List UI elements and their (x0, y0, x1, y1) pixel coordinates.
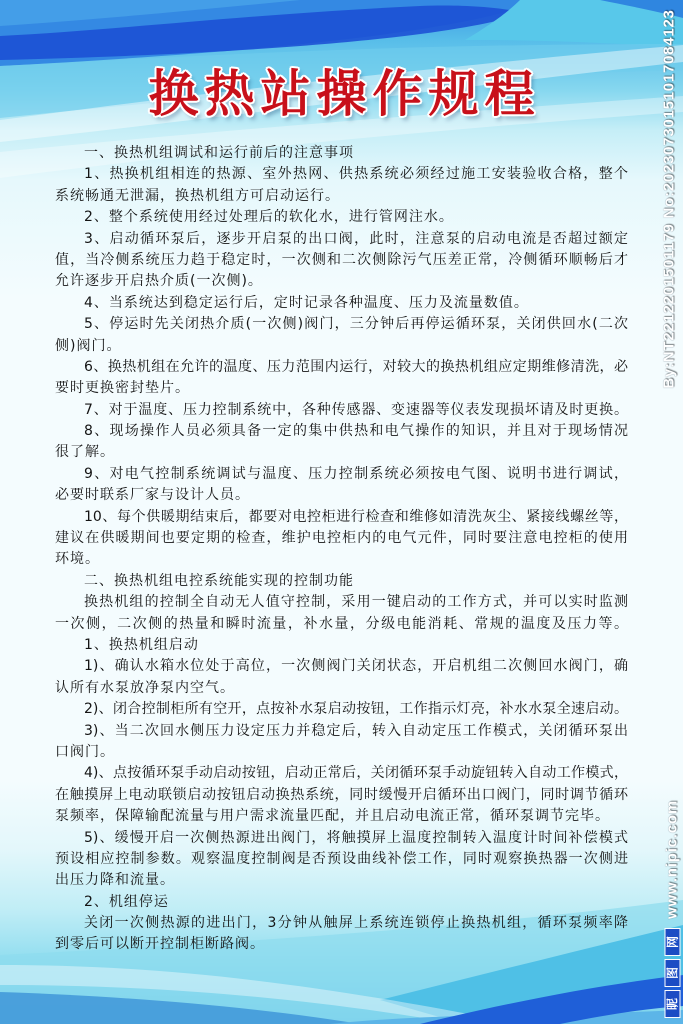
text-line: 4)、点按循环泵手动启动按钮，启动正常后，关闭循环泵手动旋钮转入自动工作模式， (55, 763, 628, 784)
paragraph: 9、对电气控制系统调试与温度、压力控制系统必须按电气图、说明书进行调试， 必要时… (55, 464, 628, 507)
text-line: 换热机组的控制全自动无人值守控制，采用一键启动的工作方式，并可以实时监测 (55, 592, 628, 613)
paragraph-intro: 换热机组的控制全自动无人值守控制，采用一键启动的工作方式，并可以实时监测 一次侧… (55, 592, 628, 635)
poster: 换热站操作规程 一、换热机组调试和运行前后的注意事项 1、热换机组相连的热源、室… (0, 0, 683, 1024)
section-heading: 一、换热机组调试和运行前后的注意事项 (55, 143, 628, 164)
id-stamp-watermark: By:NT2212201501179 No:202307301510170841… (661, 9, 678, 388)
site-url: www.nipic.com (664, 800, 681, 919)
site-logo-char: 网 (664, 928, 680, 956)
section-2: 二、换热机组电控系统能实现的控制功能 换热机组的控制全自动无人值守控制，采用一键… (55, 571, 628, 956)
paragraph: 关闭一次侧热源的进出门，3分钟从触屏上系统连锁停止换热机组，循环泵频率降 到零后… (55, 913, 628, 956)
text-line: 口阀门。 (55, 742, 628, 763)
text-line: 建议在供暖期间也要定期的检查，维护电控柜内的电气元件，同时要注意电控柜的使用 (55, 528, 628, 549)
text-line: 1、热换机组相连的热源、室外热网、供热系统必须经过施工安装验收合格，整个 (55, 164, 628, 185)
text-line: 6、换热机组在允许的温度、压力范围内运行，对较大的换热机组应定期维修清洗，必 (55, 357, 628, 378)
text-line: 9、对电气控制系统调试与温度、压力控制系统必须按电气图、说明书进行调试， (55, 464, 628, 485)
paragraph: 1)、确认水箱水位处于高位，一次侧阀门关闭状态，开启机组二次侧回水阀门，确 认所… (55, 656, 628, 699)
paragraph: 3)、当二次回水侧压力设定压力并稳定后，转入自动定压工作模式，关闭循环泵出 口阀… (55, 721, 628, 764)
text-line: 值，当冷侧系统压力趋于稳定时，一次侧和二次侧除污气压差正常，冷侧循环顺畅后才 (55, 250, 628, 271)
site-watermark: 昵 图 网 www.nipic.com (664, 800, 681, 1018)
text-line: 5、停运时先关闭热介质(一次侧)阀门，三分钟后再停运循环泵，关闭供回水(二次 (55, 314, 628, 335)
text-line: 要时更换密封垫片。 (55, 378, 628, 399)
paragraph: 8、现场操作人员必须具备一定的集中供热和电气操作的知识，并且对于现场情况 很了解… (55, 421, 628, 464)
paragraph: 4、当系统达到稳定运行后，定时记录各种温度、压力及流量数值。 (55, 293, 628, 314)
text-line: 5)、缓慢开启一次侧热源进出阀门，将触摸屏上温度控制转入温度计时间补偿模式 (55, 828, 628, 849)
text-line: 很了解。 (55, 442, 628, 463)
section-1: 一、换热机组调试和运行前后的注意事项 1、热换机组相连的热源、室外热网、供热系统… (55, 143, 628, 571)
paragraph: 2、整个系统使用经过处理后的软化水，进行管网注水。 (55, 207, 628, 228)
text-line: 泵频率，保障输配流量与用户需求流量匹配，并且启动电流正常，循环泵调节完毕。 (55, 806, 628, 827)
text-line: 环境。 (55, 549, 628, 570)
paragraph: 6、换热机组在允许的温度、压力范围内运行，对较大的换热机组应定期维修清洗，必 要… (55, 357, 628, 400)
text-line: 3)、当二次回水侧压力设定压力并稳定后，转入自动定压工作模式，关闭循环泵出 (55, 721, 628, 742)
text-line: 必要时联系厂家与设计人员。 (55, 485, 628, 506)
text-line: 关闭一次侧热源的进出门，3分钟从触屏上系统连锁停止换热机组，循环泵频率降 (55, 913, 628, 934)
text-line: 2)、闭合控制柜所有空开，点按补水泵启动按钮，工作指示灯亮，补水水泵全速启动。 (55, 699, 628, 720)
paragraph: 1、热换机组相连的热源、室外热网、供热系统必须经过施工安装验收合格，整个 系统畅… (55, 164, 628, 207)
text-line: 预设相应控制参数。观察温度控制阀是否预设曲线补偿工作，同时观察换热器一次侧进 (55, 849, 628, 870)
paragraph: 2)、闭合控制柜所有空开，点按补水泵启动按钮，工作指示灯亮，补水水泵全速启动。 (55, 699, 628, 720)
text-line: 一次侧，二次侧的热量和瞬时流量，补水量，分级电能消耗、常规的温度及压力等。 (55, 614, 628, 635)
text-line: 在触摸屏上电动联锁启动按钮启动换热系统，同时缓慢开启循环出口阀门，同时调节循环 (55, 785, 628, 806)
text-line: 8、现场操作人员必须具备一定的集中供热和电气操作的知识，并且对于现场情况 (55, 421, 628, 442)
text-line: 4、当系统达到稳定运行后，定时记录各种温度、压力及流量数值。 (55, 293, 628, 314)
text-line: 3、启动循环泵后，逐步开启泵的出口阀，此时，注意泵的启动电流是否超过额定 (55, 229, 628, 250)
paragraph: 3、启动循环泵后，逐步开启泵的出口阀，此时，注意泵的启动电流是否超过额定 值，当… (55, 229, 628, 293)
procedure-body: 一、换热机组调试和运行前后的注意事项 1、热换机组相连的热源、室外热网、供热系统… (55, 143, 628, 956)
poster-title: 换热站操作规程 (0, 64, 683, 124)
site-logo-char: 图 (664, 959, 680, 987)
text-line: 认所有水泵放净泵内空气。 (55, 678, 628, 699)
text-line: 侧)阀门。 (55, 336, 628, 357)
subsection-startup: 1、换热机组启动 1)、确认水箱水位处于高位，一次侧阀门关闭状态，开启机组二次侧… (55, 635, 628, 892)
section-heading: 二、换热机组电控系统能实现的控制功能 (55, 571, 628, 592)
text-line: 1)、确认水箱水位处于高位，一次侧阀门关闭状态，开启机组二次侧回水阀门，确 (55, 656, 628, 677)
text-line: 到零后可以断开控制柜断路阀。 (55, 934, 628, 955)
text-line: 10、每个供暖期结束后，都要对电控柜进行检查和维修如清洗灰尘、紧接线螺丝等， (55, 507, 628, 528)
subsection-shutdown: 2、机组停运 关闭一次侧热源的进出门，3分钟从触屏上系统连锁停止换热机组，循环泵… (55, 892, 628, 956)
text-line: 出压力降和流量。 (55, 870, 628, 891)
text-line: 7、对于温度、压力控制系统中，各种传感器、变速器等仪表发现损坏请及时更换。 (55, 400, 628, 421)
paragraph: 4)、点按循环泵手动启动按钮，启动正常后，关闭循环泵手动旋钮转入自动工作模式， … (55, 763, 628, 827)
paragraph: 5)、缓慢开启一次侧热源进出阀门，将触摸屏上温度控制转入温度计时间补偿模式 预设… (55, 828, 628, 892)
text-line: 2、整个系统使用经过处理后的软化水，进行管网注水。 (55, 207, 628, 228)
text-line: 允许逐步开启热介质(一次侧)。 (55, 271, 628, 292)
paragraph: 7、对于温度、压力控制系统中，各种传感器、变速器等仪表发现损坏请及时更换。 (55, 400, 628, 421)
subsection-heading: 2、机组停运 (55, 892, 628, 913)
text-line: 系统畅通无泄漏，换热机组方可启动运行。 (55, 186, 628, 207)
paragraph: 10、每个供暖期结束后，都要对电控柜进行检查和维修如清洗灰尘、紧接线螺丝等， 建… (55, 507, 628, 571)
subsection-heading: 1、换热机组启动 (55, 635, 628, 656)
paragraph: 5、停运时先关闭热介质(一次侧)阀门，三分钟后再停运循环泵，关闭供回水(二次 侧… (55, 314, 628, 357)
site-logo-char: 昵 (664, 990, 680, 1018)
